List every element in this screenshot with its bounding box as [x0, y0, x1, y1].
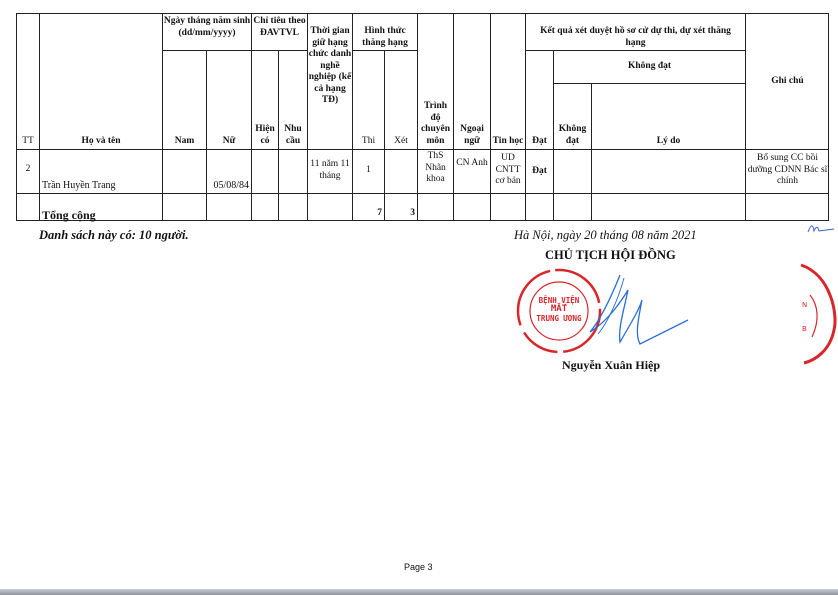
cell-tt: 2 [16, 149, 39, 193]
page-number: Page 3 [404, 562, 433, 572]
total-empty [206, 193, 251, 221]
cell-name: Trần Huyền Trang [39, 149, 162, 193]
header-result-group: Kết quả xét duyệt hồ sơ cử dự thi, dự xé… [525, 13, 745, 50]
chair-title: CHỦ TỊCH HỘI ĐỒNG [545, 248, 676, 263]
header-result-fail: Không đạt [553, 83, 591, 149]
cell-form-exam: 1 [352, 149, 384, 193]
date-line: Hà Nội, ngày 20 tháng 08 năm 2021 [514, 228, 697, 243]
total-form-review: 3 [384, 193, 417, 221]
cell-language: CN Anh [453, 149, 490, 193]
header-tt: TT [16, 13, 39, 149]
header-quota-need: Nhu cầu [278, 50, 307, 149]
signer-name: Nguyễn Xuân Hiệp [562, 358, 660, 373]
total-empty [591, 193, 745, 221]
svg-text:N: N [802, 301, 807, 309]
header-quota-group: Chỉ tiêu theo ĐAVTVL [251, 13, 307, 50]
initials-mark-icon [806, 222, 836, 236]
total-empty [278, 193, 307, 221]
total-empty [490, 193, 525, 221]
cell-result-reason [591, 149, 745, 193]
cell-note: Bổ sung CC bồi dưỡng CDNN Bác sĩ chính [745, 149, 829, 193]
total-empty [525, 193, 553, 221]
header-language: Ngoại ngữ [453, 13, 490, 149]
header-form-exam: Thi [352, 50, 384, 149]
cell-qualification: ThS Nhãn khoa [417, 149, 453, 193]
header-form-review: Xét [384, 50, 417, 149]
partial-stamp-icon: N B [796, 255, 838, 365]
cell-tenure: 11 năm 11 tháng [307, 149, 352, 193]
total-empty [417, 193, 453, 221]
header-tenure: Thời gian giữ hạng chức danh nghề nghiệp… [307, 13, 352, 149]
page-bottom-edge [0, 589, 838, 595]
cell-quota-need [278, 149, 307, 193]
cell-form-review [384, 149, 417, 193]
total-empty [745, 193, 829, 221]
total-label: Tổng cộng [39, 193, 162, 221]
header-dob-female: Nữ [206, 50, 251, 149]
cell-result-fail [553, 149, 591, 193]
total-tt [16, 193, 39, 221]
total-empty [251, 193, 278, 221]
total-form-exam: 7 [352, 193, 384, 221]
header-dob-male: Nam [162, 50, 206, 149]
header-quota-current: Hiện có [251, 50, 278, 149]
header-it: Tin học [490, 13, 525, 149]
svg-text:B: B [802, 325, 807, 333]
header-result-fail-group: Không đạt [553, 50, 745, 83]
cell-dob-female: 05/08/84 [206, 149, 251, 193]
header-form-group: Hình thức thăng hạng [352, 13, 417, 50]
cell-dob-male [162, 149, 206, 193]
cell-it: UD CNTT cơ bản [490, 149, 525, 193]
total-empty [553, 193, 591, 221]
header-note: Ghi chú [745, 13, 829, 149]
signature-icon [580, 270, 690, 350]
header-name: Họ và tên [39, 13, 162, 149]
cell-result-pass: Đạt [525, 149, 553, 193]
header-result-pass: Đạt [525, 50, 553, 149]
total-empty [162, 193, 206, 221]
cell-quota-current [251, 149, 278, 193]
header-qualification: Trình độ chuyên môn [417, 13, 453, 149]
header-dob-group: Ngày tháng năm sinh (dd/mm/yyyy) [162, 13, 251, 50]
total-empty [453, 193, 490, 221]
total-empty [307, 193, 352, 221]
count-note: Danh sách này có: 10 người. [39, 228, 189, 243]
header-result-reason: Lý do [591, 83, 745, 149]
